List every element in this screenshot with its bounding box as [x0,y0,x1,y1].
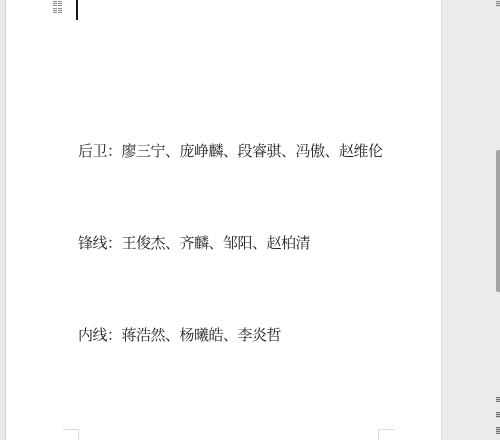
next-page-icon[interactable] [496,427,500,434]
text-cursor [76,0,78,20]
previous-page-icon[interactable] [496,397,500,402]
select-browse-object-icon[interactable] [496,412,500,418]
right-canvas-area [441,0,500,440]
document-page[interactable]: 后卫：廖三宁、庞峥麟、段睿骐、冯傲、赵维伦 锋线：王俊杰、齐麟、邹阳、赵柏清 内… [6,0,441,440]
glyph-fragment [53,8,57,13]
paragraph-guards[interactable]: 后卫：廖三宁、庞峥麟、段睿骐、冯傲、赵维伦 [78,140,383,162]
glyph-fragment [53,1,57,6]
scrollbar-up-icon[interactable] [496,1,500,7]
vertical-scrollbar-thumb[interactable] [496,150,500,292]
text-boundary-mark-left [63,429,79,440]
text-boundary-mark-right [378,429,394,440]
paragraph-centers[interactable]: 内线：蒋浩然、杨曦皓、李炎哲 [78,324,281,346]
glyph-fragment [58,8,62,13]
paragraph-forwards[interactable]: 锋线：王俊杰、齐麟、邹阳、赵柏清 [78,232,310,254]
glyph-fragment [58,1,62,6]
cutoff-text-fragment [53,1,63,15]
